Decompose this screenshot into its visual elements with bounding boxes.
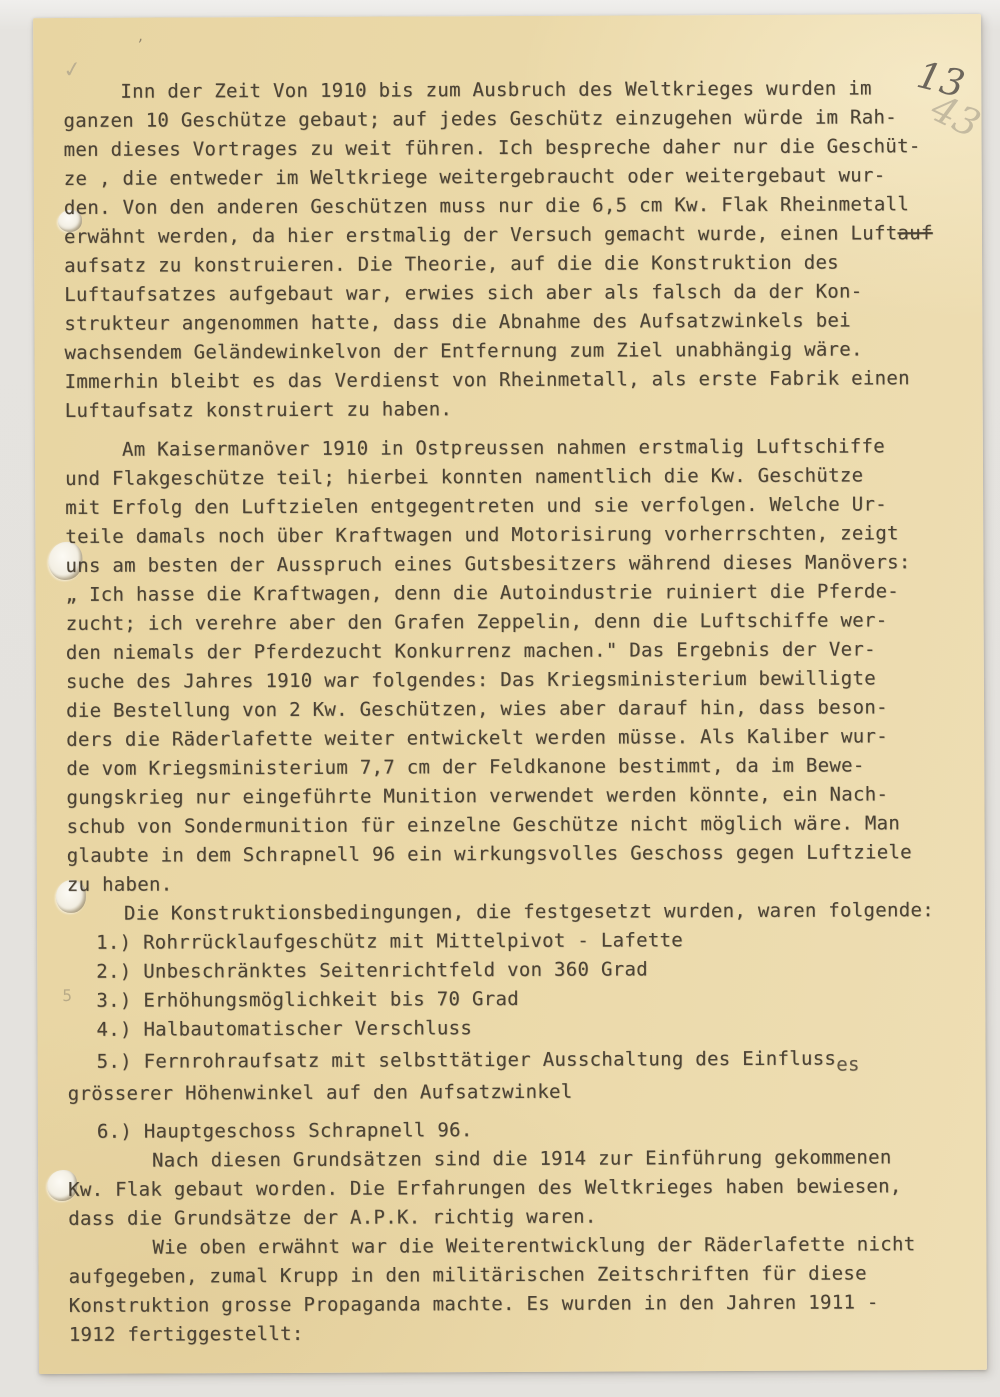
text-line: ze , die entweder im Weltkriege weiterge…	[64, 161, 959, 194]
text-line: Am Kaisermanöver 1910 in Ostpreussen nah…	[65, 432, 960, 465]
text-line: de vom Kriegsministerium 7,7 cm der Feld…	[66, 751, 961, 784]
text-line: Nach diesen Grundsätzen sind die 1914 zu…	[68, 1143, 963, 1176]
text-line: Luftaufsatz konstruiert zu haben.	[65, 393, 960, 426]
text-line: Inn der Zeit Von 1910 bis zum Ausbruch d…	[63, 74, 958, 107]
text-line: uns am besten der Ausspruch eines Gutsbe…	[65, 548, 960, 581]
document-page: 13 43 ✓ ʼ 5 Inn der Zeit Von 1910 bis zu…	[33, 14, 987, 1374]
text-line: den. Von den anderen Geschützen muss nur…	[64, 190, 959, 223]
list-item: 2.) Unbeschränktes Seitenrichtfeld von 3…	[67, 954, 962, 987]
text-line: Die Konstruktionsbedingungen, die festge…	[67, 896, 962, 929]
text-line: erwähnt werden, da hier erstmalig der Ve…	[64, 219, 959, 252]
text-line: strukteur angenommen hatte, dass die Abn…	[64, 306, 959, 339]
text-line: den niemals der Pferdezucht Konkurrenz m…	[66, 635, 961, 668]
struck-text: auf	[897, 222, 932, 244]
text-line: ganzen 10 Geschütze gebaut; auf jedes Ge…	[63, 103, 958, 136]
text-line: mit Erfolg den Luftzielen entgegentreten…	[65, 490, 960, 523]
text-line: zucht; ich verehre aber den Grafen Zeppe…	[66, 606, 961, 639]
typewritten-text: Inn der Zeit Von 1910 bis zum Ausbruch d…	[63, 74, 964, 1350]
text-line: „ Ich hasse die Kraftwagen, denn die Aut…	[66, 577, 961, 610]
list-item: 3.) Erhöhungsmöglichkeit bis 70 Grad	[67, 983, 962, 1016]
text-line: Konstruktion grosse Propaganda machte. E…	[69, 1288, 964, 1321]
text-line: glaubte in dem Schrapnell 96 ein wirkung…	[67, 838, 962, 871]
dropped-text: es	[836, 1050, 860, 1079]
text-line: die Bestellung von 2 Kw. Geschützen, wie…	[66, 693, 961, 726]
text-line: und Flakgeschütze teil; hierbei konnten …	[65, 461, 960, 494]
list-item: 1.) Rohrrücklaufgeschütz mit Mittelpivot…	[67, 925, 962, 958]
text-line: teile damals noch über Kraftwagen und Mo…	[65, 519, 960, 552]
text-line: Wie oben erwähnt war die Weiterentwicklu…	[68, 1230, 963, 1263]
list-item: 4.) Halbautomatischer Verschluss	[67, 1012, 962, 1045]
text-line: dass die Grundsätze der A.P.K. richtig w…	[68, 1201, 963, 1234]
text-line: Kw. Flak gebaut worden. Die Erfahrungen …	[68, 1172, 963, 1205]
text-segment: 5.) Fernrohraufsatz mit selbsttätiger Au…	[97, 1048, 837, 1073]
text-line: schub von Sondermunition für einzelne Ge…	[67, 809, 962, 842]
stray-ink-mark: ʼ	[137, 36, 142, 55]
text-line: Luftaufsatzes aufgebaut war, erwies sich…	[64, 277, 959, 310]
list-item: 6.) Hauptgeschoss Schrapnell 96.	[68, 1114, 963, 1147]
text-line: aufgegeben, zumal Krupp in den militäris…	[68, 1259, 963, 1292]
text-segment: erwähnt werden, da hier erstmalig der Ve…	[64, 222, 898, 248]
text-line: zu haben.	[67, 867, 962, 900]
text-line: grösserer Höhenwinkel auf den Aufsatzwin…	[68, 1076, 963, 1109]
text-line: men dieses Vortrages zu weit führen. Ich…	[64, 132, 959, 165]
text-line: 1912 fertiggestellt:	[69, 1317, 964, 1350]
text-line: aufsatz zu konstruieren. Die Theorie, au…	[64, 248, 959, 281]
text-line: gungskrieg nur eingeführte Munition verw…	[66, 780, 961, 813]
text-line: wachsendem Geländewinkelvon der Entfernu…	[64, 335, 959, 368]
text-line: suche des Jahres 1910 war folgendes: Das…	[66, 664, 961, 697]
text-line: ders die Räderlafette weiter entwickelt …	[66, 722, 961, 755]
text-line: Immerhin bleibt es das Verdienst von Rhe…	[65, 364, 960, 397]
list-item: 5.) Fernrohraufsatz mit selbsttätiger Au…	[68, 1044, 963, 1077]
